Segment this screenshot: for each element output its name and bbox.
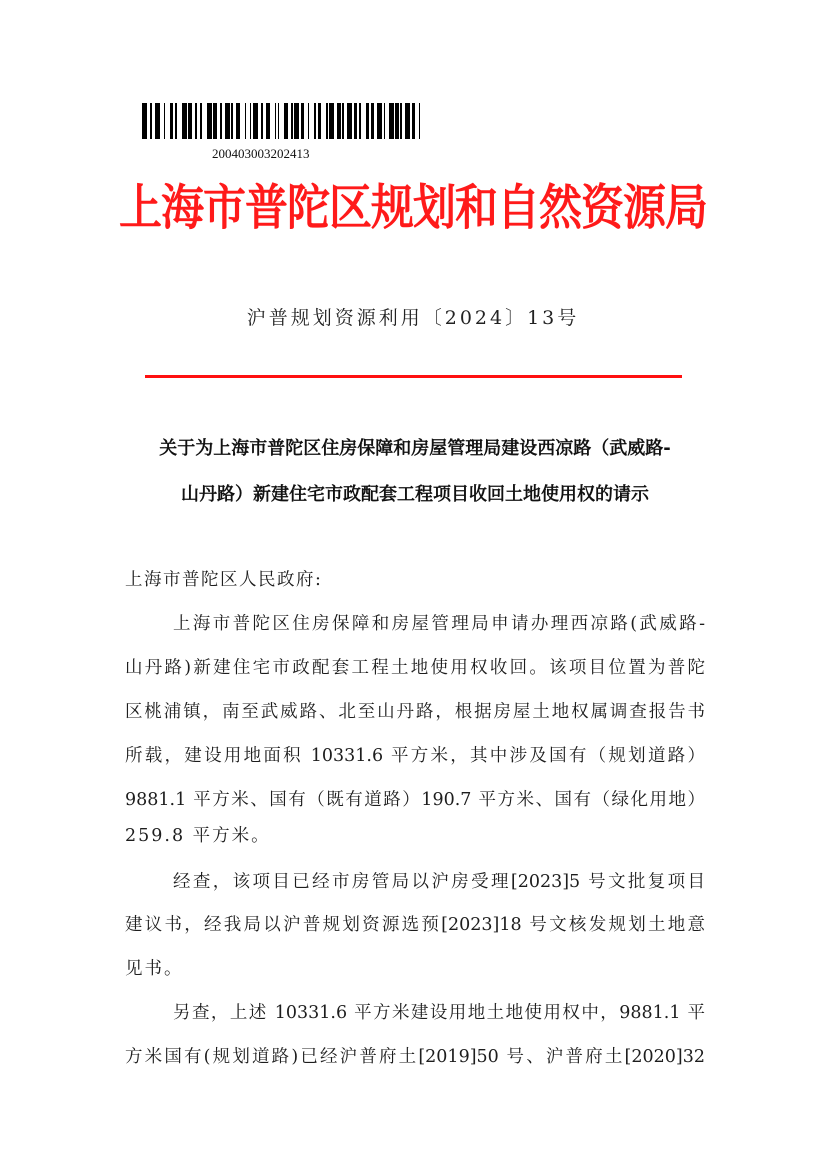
- paragraph-line: 山丹路)新建住宅市政配套工程土地使用权收回。该项目位置为普陀: [125, 654, 705, 679]
- paragraph-line: 259.8 平方米。: [125, 822, 705, 847]
- subject-title-line-1: 关于为上海市普陀区住房保障和房屋管理局建设西凉路（武威路-: [120, 434, 710, 460]
- organization-title: 上海市普陀区规划和自然资源局: [0, 170, 826, 238]
- paragraph-line: 9881.1 平方米、国有（既有道路）190.7 平方米、国有（绿化用地）: [125, 786, 705, 811]
- paragraph-line: 另查，上述 10331.6 平方米建设用地土地使用权中，9881.1 平: [173, 999, 705, 1024]
- paragraph-line: 建议书，经我局以沪普规划资源选预[2023]18 号文核发规划土地意: [125, 911, 705, 936]
- barcode-space: [420, 103, 422, 139]
- document-number: 沪普规划资源利用〔2024〕13号: [0, 303, 826, 330]
- paragraph-line: 经查，该项目已经市房管局以沪房受理[2023]5 号文批复项目: [173, 868, 705, 893]
- red-divider: [145, 375, 682, 378]
- paragraph-line: 所载，建设用地面积 10331.6 平方米，其中涉及国有（规划道路）: [125, 742, 705, 767]
- paragraph-line: 方米国有(规划道路)已经沪普府土[2019]50 号、沪普府土[2020]32: [125, 1043, 705, 1068]
- paragraph-line: 见书。: [125, 955, 705, 980]
- paragraph-line: 上海市普陀区住房保障和房屋管理局申请办理西凉路(武威路-: [173, 610, 705, 635]
- paragraph-line: 区桃浦镇，南至武威路、北至山丹路，根据房屋土地权属调查报告书: [125, 698, 705, 723]
- barcode: [142, 103, 422, 139]
- subject-title-line-2: 山丹路）新建住宅市政配套工程项目收回土地使用权的请示: [120, 480, 710, 506]
- barcode-number: 200403003202413: [212, 146, 310, 162]
- addressee: 上海市普陀区人民政府:: [125, 566, 705, 591]
